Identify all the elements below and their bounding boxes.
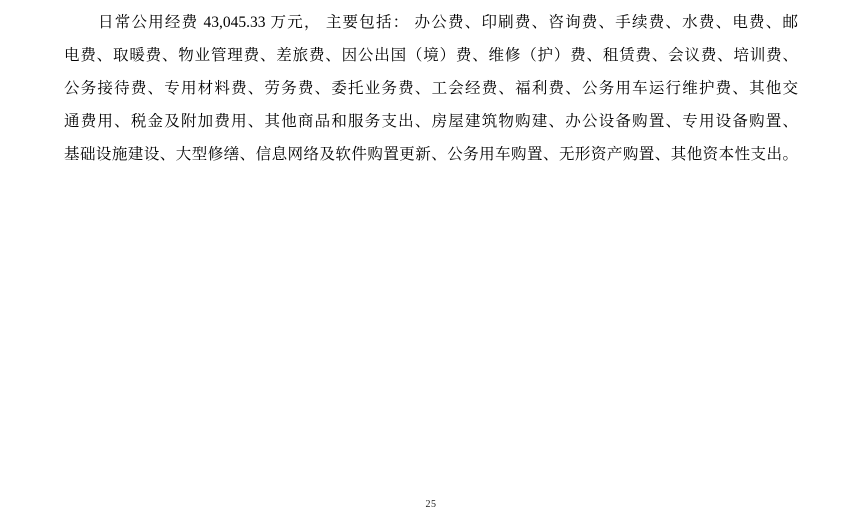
paragraph-line: 电费、取暖费、物业管理费、差旅费、因公出国（境）费、维修（护）费、租赁费、会议费… [64,39,798,72]
paragraph-line: 基础设施建设、大型修缮、信息网络及软件购置更新、公务用车购置、无形资产购置、其他… [64,138,798,171]
page-number: 25 [0,499,862,510]
body-paragraph: 日常公用经费 43,045.33 万元， 主要包括： 办公费、印刷费、咨询费、手… [64,6,798,171]
paragraph-line: 日常公用经费 43,045.33 万元， 主要包括： 办公费、印刷费、咨询费、手… [64,6,798,39]
paragraph-line: 公务接待费、专用材料费、劳务费、委托业务费、工会经费、福利费、公务用车运行维护费… [64,72,798,105]
document-page: 日常公用经费 43,045.33 万元， 主要包括： 办公费、印刷费、咨询费、手… [0,0,862,520]
paragraph-line: 通费用、税金及附加费用、其他商品和服务支出、房屋建筑物购建、办公设备购置、专用设… [64,105,798,138]
